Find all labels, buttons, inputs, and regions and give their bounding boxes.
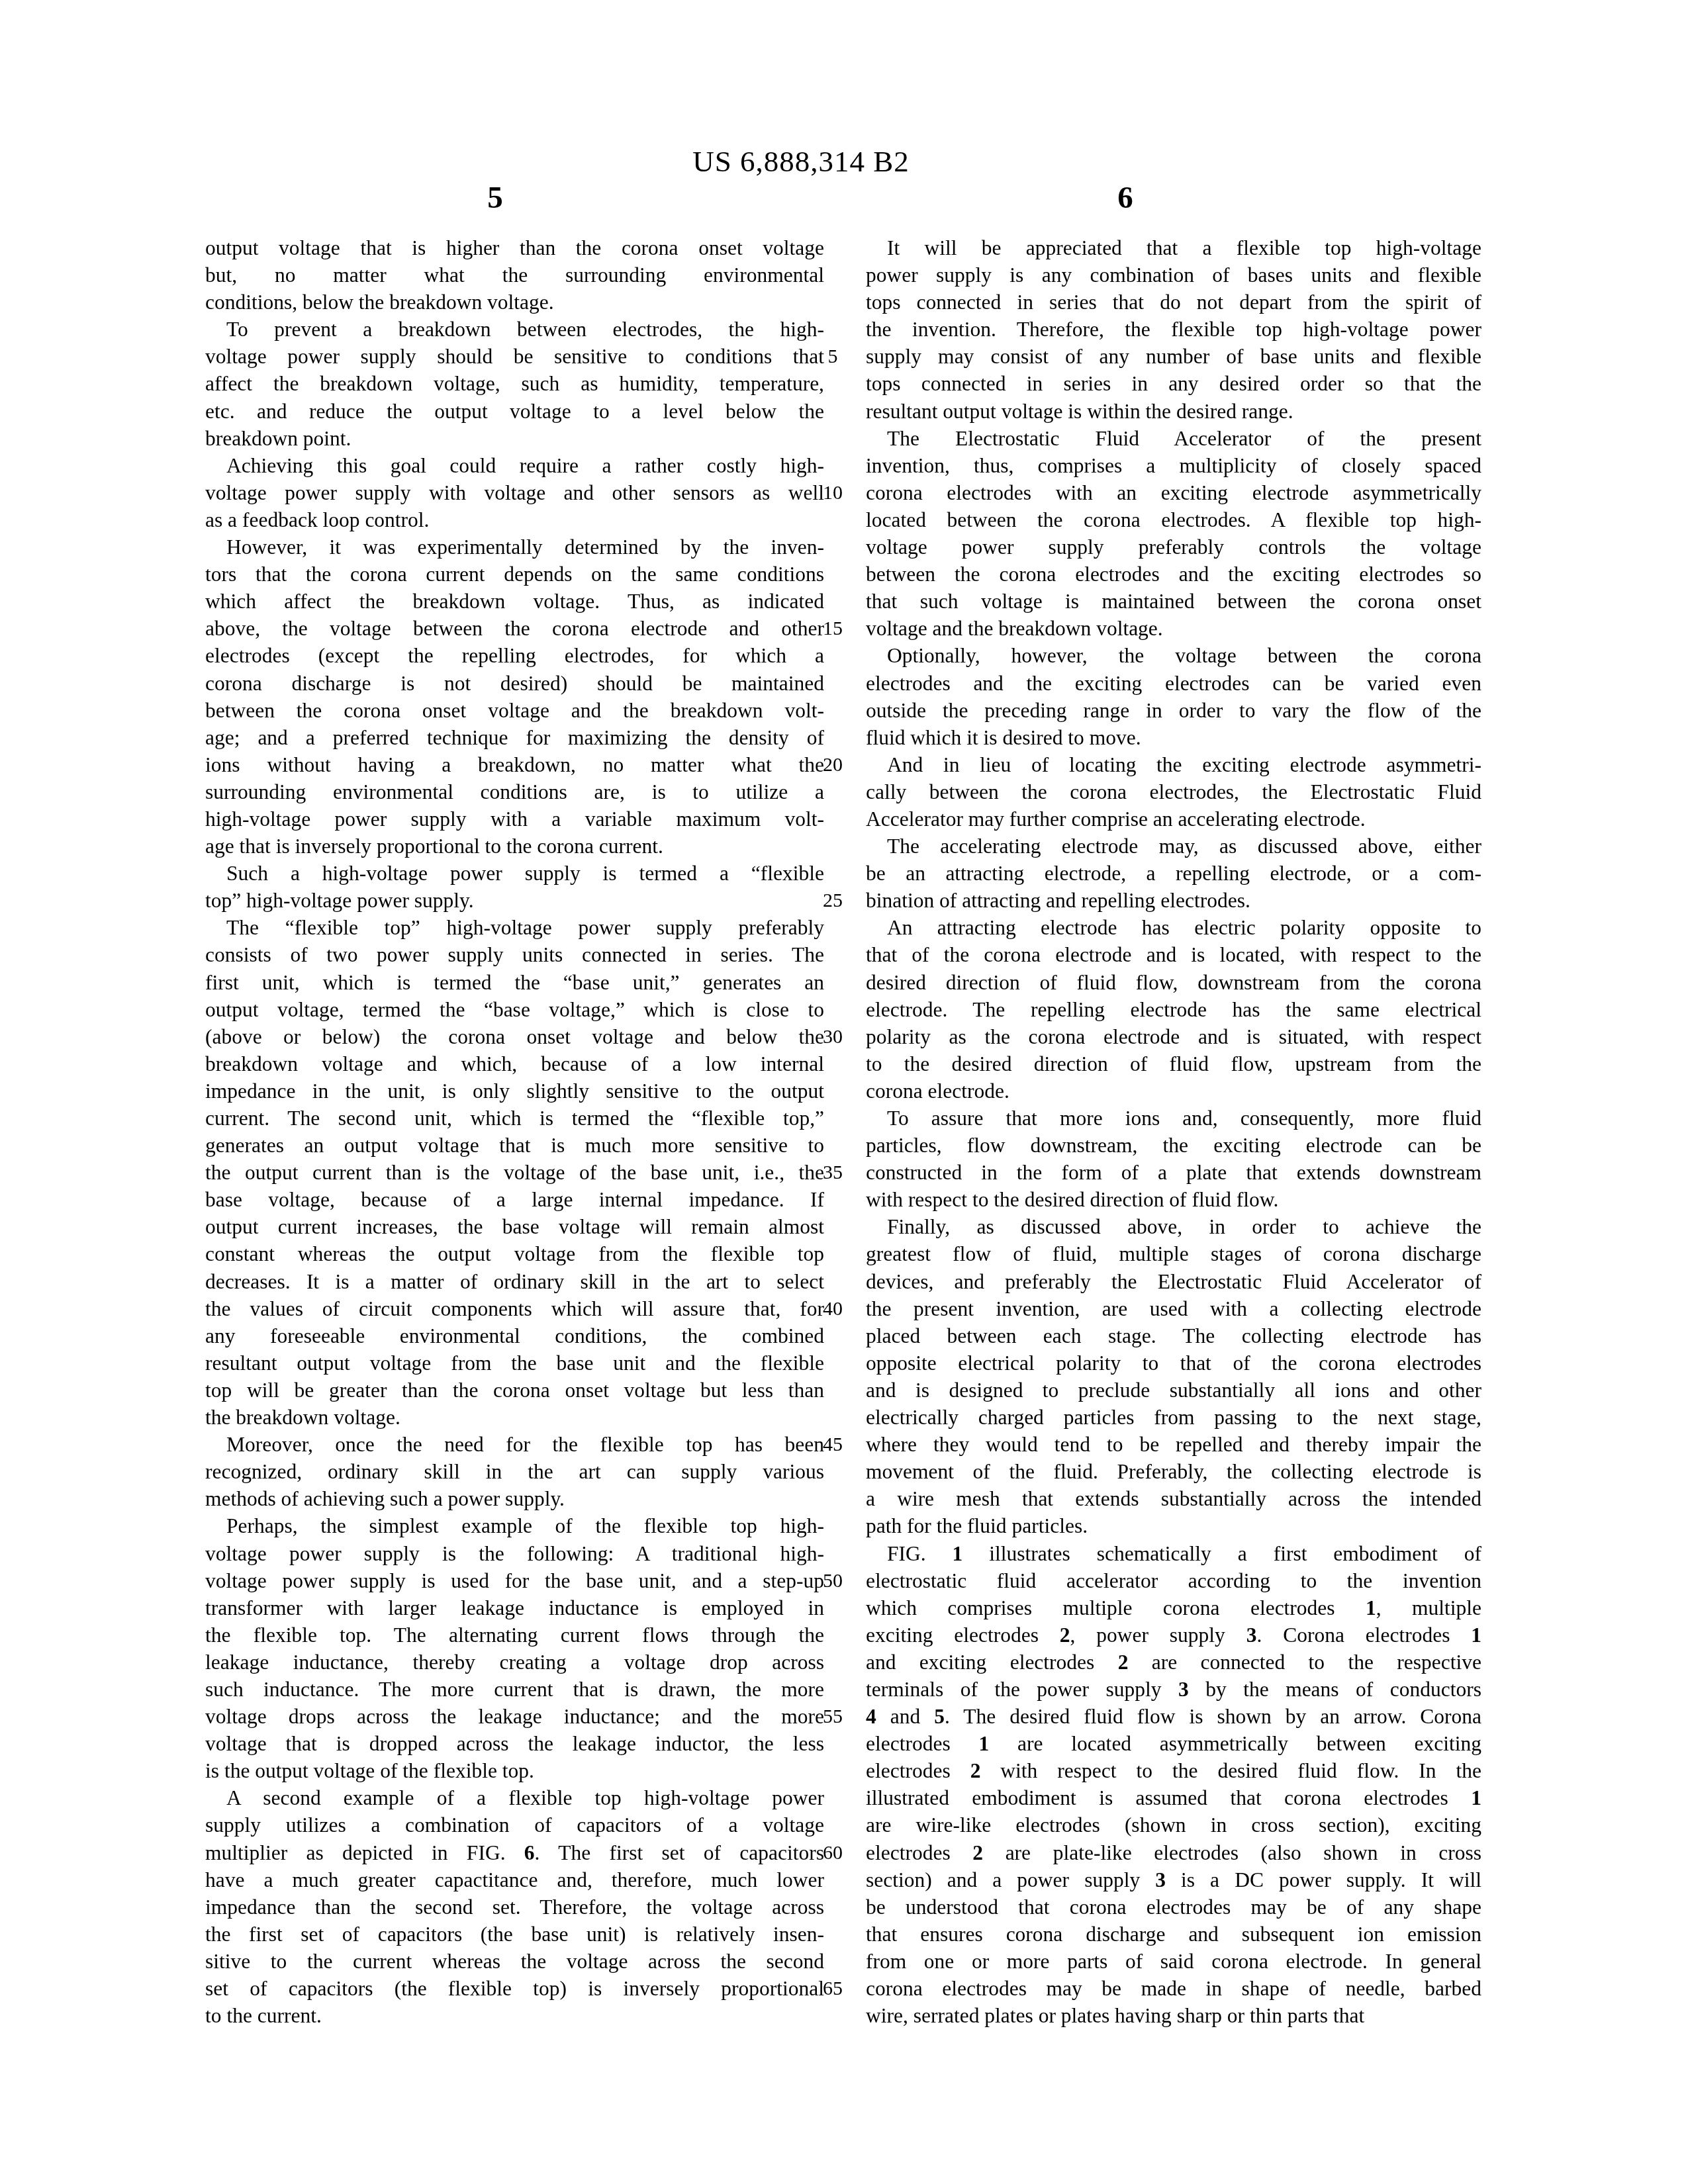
text-line: between the corona electrodes and the ex… (866, 561, 1481, 588)
text-line: tors that the corona current depends on … (205, 561, 824, 588)
text-line: The “flexible top” high-voltage power su… (205, 914, 824, 941)
text-line: terminals of the power supply 3 by the m… (866, 1676, 1481, 1703)
text-line: from one or more parts of said corona el… (866, 1948, 1481, 1975)
text-line: to the current. (205, 2002, 824, 2029)
text-line: voltage power supply preferably controls… (866, 533, 1481, 561)
text-line: section) and a power supply 3 is a DC po… (866, 1866, 1481, 1893)
text-line: bination of attracting and repelling ele… (866, 887, 1481, 914)
text-line: where they would tend to be repelled and… (866, 1431, 1481, 1458)
text-line: multiplier as depicted in FIG. 6. The fi… (205, 1839, 824, 1866)
text-line: supply may consist of any number of base… (866, 343, 1481, 370)
text-line: output voltage, termed the “base voltage… (205, 996, 824, 1023)
text-line: located between the corona electrodes. A… (866, 506, 1481, 533)
patent-number-header: US 6,888,314 B2 (0, 144, 1602, 179)
text-line: cally between the corona electrodes, the… (866, 778, 1481, 805)
text-line: the output current than is the voltage o… (205, 1159, 824, 1186)
text-line: voltage that is dropped across the leaka… (205, 1730, 824, 1757)
text-line: impedance in the unit, is only slightly … (205, 1077, 824, 1105)
text-line: electrodes 1 are located asymmetrically … (866, 1730, 1481, 1757)
text-line: is the output voltage of the flexible to… (205, 1757, 824, 1784)
text-line: power supply is any combination of bases… (866, 261, 1481, 289)
text-line: to the desired direction of fluid flow, … (866, 1050, 1481, 1077)
text-line: the invention. Therefore, the flexible t… (866, 316, 1481, 343)
text-line: A second example of a flexible top high-… (205, 1784, 824, 1811)
text-line: desired direction of fluid flow, downstr… (866, 969, 1481, 996)
text-line: output current increases, the base volta… (205, 1213, 824, 1240)
text-line: invention, thus, comprises a multiplicit… (866, 452, 1481, 479)
text-line: Achieving this goal could require a rath… (205, 452, 824, 479)
text-line: the flexible top. The alternating curren… (205, 1621, 824, 1649)
text-line: electrodes (except the repelling electro… (205, 642, 824, 669)
text-line: Such a high-voltage power supply is term… (205, 860, 824, 887)
patent-text-column-left: output voltage that is higher than the c… (205, 234, 824, 2029)
text-line: the present invention, are used with a c… (866, 1295, 1481, 1322)
text-line: have a much greater capactitance and, th… (205, 1866, 824, 1893)
text-line: To prevent a breakdown between electrode… (205, 316, 824, 343)
text-line: output voltage that is higher than the c… (205, 234, 824, 261)
text-line: electrically charged particles from pass… (866, 1404, 1481, 1431)
text-line: tops connected in series in any desired … (866, 370, 1481, 397)
text-line: The accelerating electrode may, as discu… (866, 833, 1481, 860)
text-line: corona electrode. (866, 1077, 1481, 1105)
text-line: corona discharge is not desired) should … (205, 670, 824, 697)
text-line: age that is inversely proportional to th… (205, 833, 824, 860)
text-line: wire, serrated plates or plates having s… (866, 2002, 1481, 2029)
text-line: corona electrodes with an exciting elect… (866, 479, 1481, 506)
text-line: surrounding environmental conditions are… (205, 778, 824, 805)
text-line: affect the breakdown voltage, such as hu… (205, 370, 824, 397)
text-line: top will be greater than the corona onse… (205, 1377, 824, 1404)
text-line: greatest flow of fluid, multiple stages … (866, 1240, 1481, 1267)
text-line: base voltage, because of a large interna… (205, 1186, 824, 1213)
text-line: outside the preceding range in order to … (866, 697, 1481, 724)
text-line: tops connected in series that do not dep… (866, 289, 1481, 316)
text-line: be understood that corona electrodes may… (866, 1893, 1481, 1921)
text-line: impedance than the second set. Therefore… (205, 1893, 824, 1921)
text-line: To assure that more ions and, consequent… (866, 1105, 1481, 1132)
text-line: voltage power supply with voltage and ot… (205, 479, 824, 506)
text-line: placed between each stage. The collectin… (866, 1322, 1481, 1349)
text-line: voltage power supply is used for the bas… (205, 1567, 824, 1594)
text-line: sitive to the current whereas the voltag… (205, 1948, 824, 1975)
text-line: any foreseeable environmental conditions… (205, 1322, 824, 1349)
text-line: breakdown voltage and which, because of … (205, 1050, 824, 1077)
text-line: It will be appreciated that a flexible t… (866, 234, 1481, 261)
text-line: the first set of capacitors (the base un… (205, 1921, 824, 1948)
patent-page: US 6,888,314 B2 5 6 51015202530354045505… (0, 0, 1688, 2184)
text-line: voltage power supply should be sensitive… (205, 343, 824, 370)
text-line: voltage drops across the leakage inducta… (205, 1703, 824, 1730)
text-line: voltage power supply is the following: A… (205, 1540, 824, 1567)
text-line: consists of two power supply units conne… (205, 941, 824, 968)
text-line: And in lieu of locating the exciting ele… (866, 751, 1481, 778)
text-line: FIG. 1 illustrates schematically a first… (866, 1540, 1481, 1567)
text-line: are wire-like electrodes (shown in cross… (866, 1811, 1481, 1839)
text-line: 4 and 5. The desired fluid flow is shown… (866, 1703, 1481, 1730)
text-line: resultant output voltage from the base u… (205, 1349, 824, 1377)
text-line: above, the voltage between the corona el… (205, 615, 824, 642)
text-line: but, no matter what the surrounding envi… (205, 261, 824, 289)
text-line: such inductance. The more current that i… (205, 1676, 824, 1703)
text-line: electrodes 2 with respect to the desired… (866, 1757, 1481, 1784)
text-line: age; and a preferred technique for maxim… (205, 724, 824, 751)
text-line: movement of the fluid. Preferably, the c… (866, 1458, 1481, 1485)
text-line: first unit, which is termed the “base un… (205, 969, 824, 996)
text-line: conditions, below the breakdown voltage. (205, 289, 824, 316)
text-line: devices, and preferably the Electrostati… (866, 1268, 1481, 1295)
text-line: a wire mesh that extends substantially a… (866, 1485, 1481, 1512)
text-line: resultant output voltage is within the d… (866, 398, 1481, 425)
text-line: high-voltage power supply with a variabl… (205, 805, 824, 833)
text-line: breakdown point. (205, 425, 824, 452)
text-line: (above or below) the corona onset voltag… (205, 1023, 824, 1050)
text-line: supply utilizes a combination of capacit… (205, 1811, 824, 1839)
text-line: as a feedback loop control. (205, 506, 824, 533)
text-line: top” high-voltage power supply. (205, 887, 824, 914)
text-line: fluid which it is desired to move. (866, 724, 1481, 751)
text-line: and is designed to preclude substantiall… (866, 1377, 1481, 1404)
text-line: that of the corona electrode and is loca… (866, 941, 1481, 968)
text-line: The Electrostatic Fluid Accelerator of t… (866, 425, 1481, 452)
text-line: particles, flow downstream, the exciting… (866, 1132, 1481, 1159)
text-line: path for the fluid particles. (866, 1512, 1481, 1539)
text-line: the values of circuit components which w… (205, 1295, 824, 1322)
text-line: that such voltage is maintained between … (866, 588, 1481, 615)
text-line: constructed in the form of a plate that … (866, 1159, 1481, 1186)
page-number-right-column: 6 (1059, 180, 1192, 216)
text-line: corona electrodes may be made in shape o… (866, 1975, 1481, 2002)
text-line: opposite electrical polarity to that of … (866, 1349, 1481, 1377)
text-line: Finally, as discussed above, in order to… (866, 1213, 1481, 1240)
text-line: which comprises multiple corona electrod… (866, 1594, 1481, 1621)
text-line: constant whereas the output voltage from… (205, 1240, 824, 1267)
text-line: set of capacitors (the flexible top) is … (205, 1975, 824, 2002)
text-line: illustrated embodiment is assumed that c… (866, 1784, 1481, 1811)
text-line: polarity as the corona electrode and is … (866, 1023, 1481, 1050)
text-line: ions without having a breakdown, no matt… (205, 751, 824, 778)
page-number-left-column: 5 (429, 180, 561, 216)
text-line: An attracting electrode has electric pol… (866, 914, 1481, 941)
text-line: etc. and reduce the output voltage to a … (205, 398, 824, 425)
text-line: current. The second unit, which is terme… (205, 1105, 824, 1132)
text-line: recognized, ordinary skill in the art ca… (205, 1458, 824, 1485)
text-line: transformer with larger leakage inductan… (205, 1594, 824, 1621)
text-line: voltage and the breakdown voltage. (866, 615, 1481, 642)
text-line: which affect the breakdown voltage. Thus… (205, 588, 824, 615)
text-line: electrodes 2 are plate-like electrodes (… (866, 1839, 1481, 1866)
text-line: between the corona onset voltage and the… (205, 697, 824, 724)
text-line: generates an output voltage that is much… (205, 1132, 824, 1159)
text-line: with respect to the desired direction of… (866, 1186, 1481, 1213)
text-line: decreases. It is a matter of ordinary sk… (205, 1268, 824, 1295)
text-line: Optionally, however, the voltage between… (866, 642, 1481, 669)
text-line: electrode. The repelling electrode has t… (866, 996, 1481, 1023)
text-line: electrostatic fluid accelerator accordin… (866, 1567, 1481, 1594)
patent-text-column-right: It will be appreciated that a flexible t… (866, 234, 1481, 2029)
text-line: electrodes and the exciting electrodes c… (866, 670, 1481, 697)
text-line: that ensures corona discharge and subseq… (866, 1921, 1481, 1948)
text-line: methods of achieving such a power supply… (205, 1485, 824, 1512)
text-line: Moreover, once the need for the flexible… (205, 1431, 824, 1458)
text-line: However, it was experimentally determine… (205, 533, 824, 561)
text-line: leakage inductance, thereby creating a v… (205, 1649, 824, 1676)
text-line: and exciting electrodes 2 are connected … (866, 1649, 1481, 1676)
text-line: exciting electrodes 2, power supply 3. C… (866, 1621, 1481, 1649)
text-line: Accelerator may further comprise an acce… (866, 805, 1481, 833)
text-line: be an attracting electrode, a repelling … (866, 860, 1481, 887)
text-line: Perhaps, the simplest example of the fle… (205, 1512, 824, 1539)
text-line: the breakdown voltage. (205, 1404, 824, 1431)
